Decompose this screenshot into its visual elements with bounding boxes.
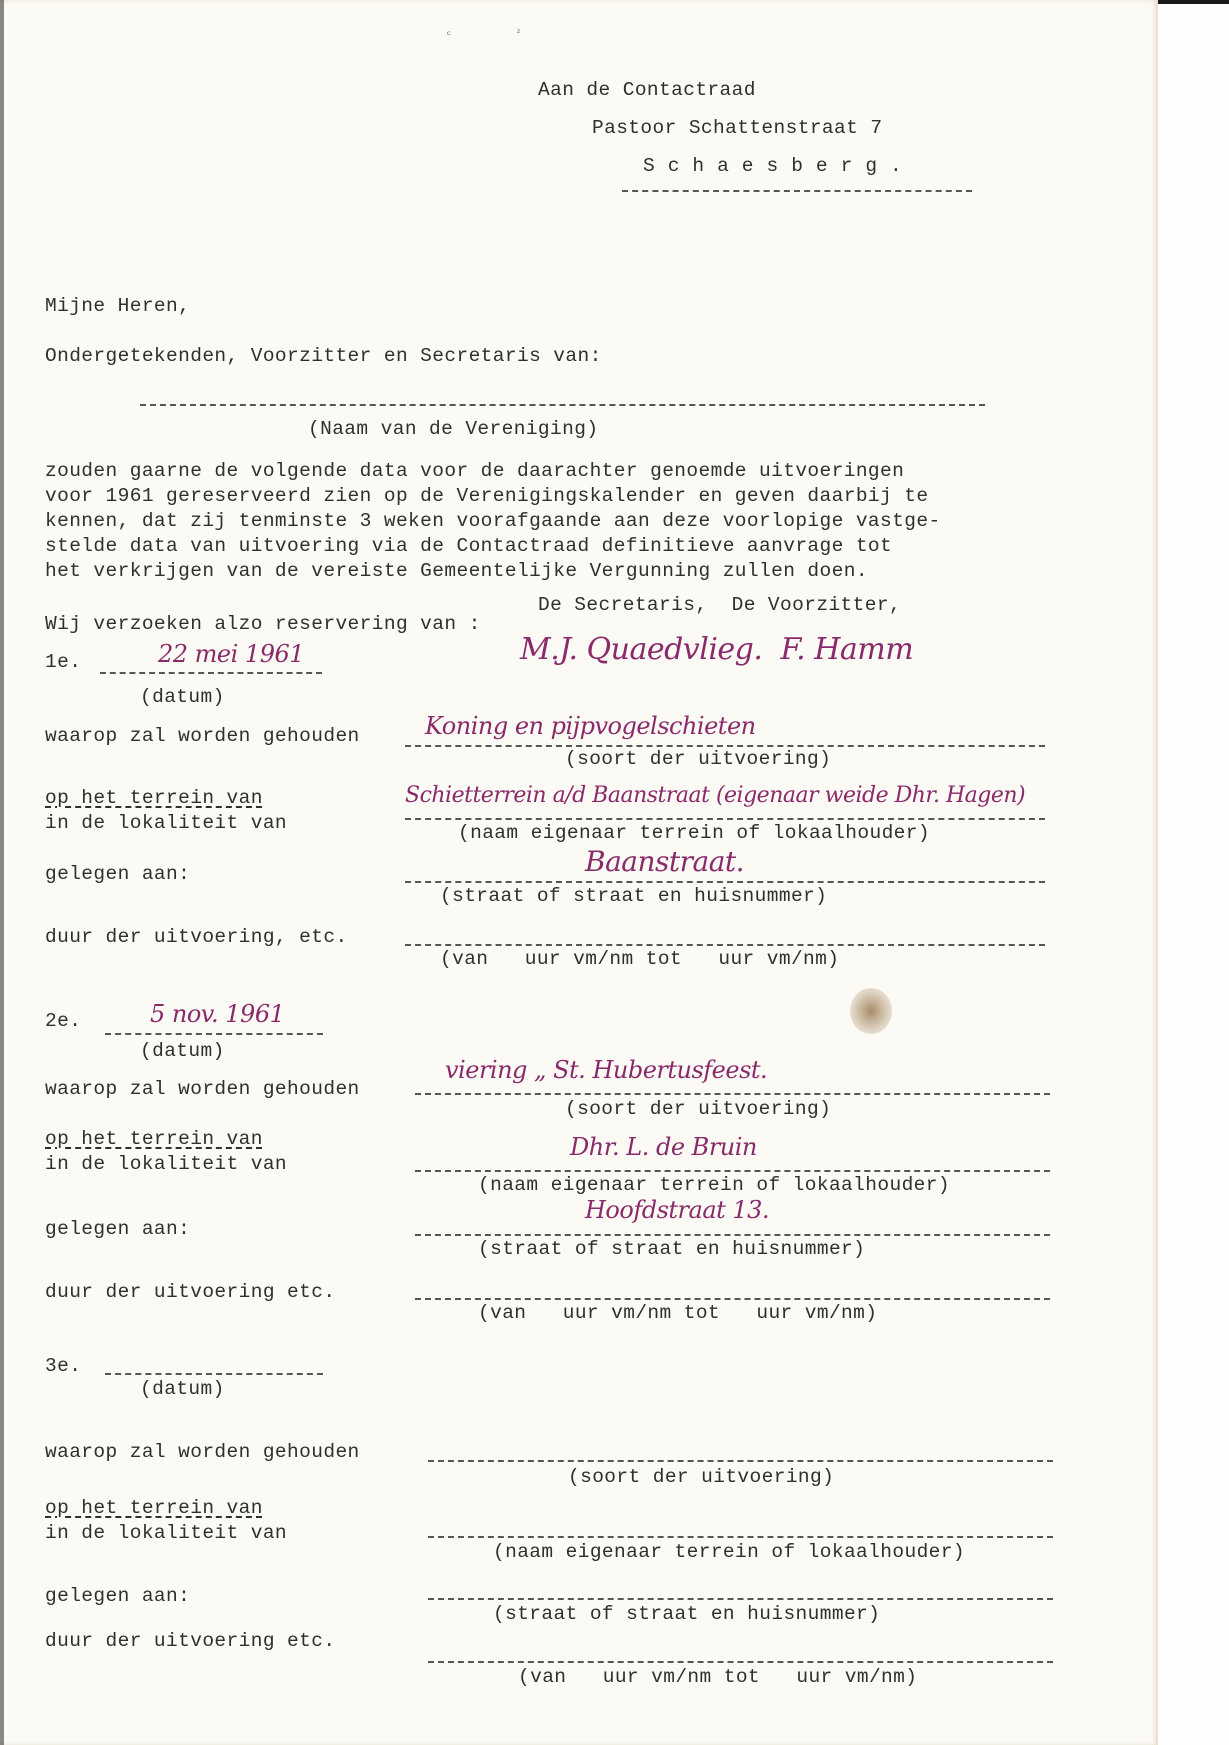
address-underline	[622, 190, 972, 192]
entry-1-date[interactable]: 22 mei 1961	[158, 640, 304, 668]
signatures: M.J. Quaedvlieg. F. Hamm	[520, 632, 913, 667]
entry-2-street-line	[415, 1234, 1050, 1236]
entry-3-ordinal: 3e.	[45, 1355, 81, 1377]
scan-edge	[1158, 0, 1229, 4]
entry-1-owner[interactable]: Schietterrein a/d Baanstraat (eigenaar w…	[405, 783, 1025, 808]
entry-3-date-caption: (datum)	[140, 1378, 225, 1400]
entry-1-located-label: gelegen aan:	[45, 863, 190, 885]
entry-2-time-caption: (van uur vm/nm tot uur vm/nm)	[478, 1302, 877, 1324]
entry-2-owner[interactable]: Dhr. L. de Bruin	[570, 1133, 757, 1161]
entry-1-street-caption: (straat of straat en huisnummer)	[440, 885, 827, 907]
address-line-2: Pastoor Schattenstraat 7	[592, 117, 882, 139]
entry-1-date-caption: (datum)	[140, 686, 225, 708]
entry-3-date-line[interactable]	[105, 1373, 323, 1375]
body-line: stelde data van uitvoering via de Contac…	[45, 535, 892, 557]
entry-2-locality-label: in de lokaliteit van	[45, 1153, 287, 1175]
request-line: Wij verzoeken alzo reservering van :	[45, 613, 481, 635]
entry-1-date-line	[100, 672, 322, 674]
entry-2-located-label: gelegen aan:	[45, 1218, 190, 1240]
entry-2-owner-caption: (naam eigenaar terrein of lokaalhouder)	[478, 1174, 950, 1196]
entry-1-type-caption: (soort der uitvoering)	[565, 748, 831, 770]
entry-3-street-caption: (straat of straat en huisnummer)	[493, 1603, 880, 1625]
entry-3-held-label: waarop zal worden gehouden	[45, 1441, 360, 1463]
association-name-line[interactable]	[140, 404, 985, 406]
entry-2-held-label: waarop zal worden gehouden	[45, 1078, 360, 1100]
signatories-label: De Secretaris, De Voorzitter,	[538, 594, 901, 616]
entry-1-type-line	[405, 745, 1045, 747]
entry-1-duration-label: duur der uitvoering, etc.	[45, 926, 348, 948]
entry-3-type-line[interactable]	[428, 1460, 1053, 1462]
body-line: voor 1961 gereserveerd zien op de Vereni…	[45, 485, 928, 507]
coffee-stain	[850, 988, 892, 1034]
entry-2-ordinal: 2e.	[45, 1010, 81, 1032]
entry-2-owner-line	[415, 1170, 1050, 1172]
entry-1-ordinal: 1e.	[45, 651, 81, 673]
address-line-1: Aan de Contactraad	[538, 79, 756, 101]
entry-1-terrain-label: op het terrein van	[45, 787, 263, 809]
entry-2-street[interactable]: Hoofdstraat 13.	[585, 1196, 769, 1224]
body-line: het verkrijgen van de vereiste Gemeentel…	[45, 560, 868, 582]
entry-1-street-line	[405, 881, 1045, 883]
body-line: zouden gaarne de volgende data voor de d…	[45, 460, 904, 482]
entry-1-owner-line	[405, 818, 1045, 820]
association-caption: (Naam van de Vereniging)	[308, 418, 598, 440]
entry-2-type-line	[415, 1093, 1050, 1095]
entry-2-date-caption: (datum)	[140, 1040, 225, 1062]
entry-2-duration-label: duur der uitvoering etc.	[45, 1281, 335, 1303]
entry-3-located-label: gelegen aan:	[45, 1585, 190, 1607]
address-line-3: Schaesberg.	[643, 155, 915, 177]
entry-1-street[interactable]: Baanstraat.	[585, 845, 744, 878]
entry-1-type[interactable]: Koning en pijpvogelschieten	[425, 712, 756, 740]
entry-1-time-caption: (van uur vm/nm tot uur vm/nm)	[440, 948, 839, 970]
entry-3-terrain-label: op het terrein van	[45, 1497, 263, 1519]
entry-3-owner-caption: (naam eigenaar terrein of lokaalhouder)	[493, 1541, 965, 1563]
intro-text: Ondergetekenden, Voorzitter en Secretari…	[45, 345, 602, 367]
scan-edge-left	[0, 0, 4, 1745]
entry-1-locality-label: in de lokaliteit van	[45, 812, 287, 834]
entry-3-street-line[interactable]	[428, 1598, 1053, 1600]
entry-3-time-caption: (van uur vm/nm tot uur vm/nm)	[518, 1666, 917, 1688]
entry-3-type-caption: (soort der uitvoering)	[568, 1466, 834, 1488]
entry-3-duration-line[interactable]	[428, 1661, 1053, 1663]
entry-3-duration-label: duur der uitvoering etc.	[45, 1630, 335, 1652]
entry-2-type[interactable]: viering „ St. Hubertusfeest.	[445, 1056, 767, 1084]
punch-mark: ᶜ	[445, 28, 452, 42]
entry-1-held-label: waarop zal worden gehouden	[45, 725, 360, 747]
entry-3-locality-label: in de lokaliteit van	[45, 1522, 287, 1544]
entry-2-street-caption: (straat of straat en huisnummer)	[478, 1238, 865, 1260]
entry-2-duration-line[interactable]	[415, 1298, 1050, 1300]
entry-2-terrain-label: op het terrein van	[45, 1128, 263, 1150]
entry-1-owner-caption: (naam eigenaar terrein of lokaalhouder)	[458, 822, 930, 844]
salutation: Mijne Heren,	[45, 295, 190, 317]
entry-2-type-caption: (soort der uitvoering)	[565, 1098, 831, 1120]
entry-2-date-line	[105, 1033, 323, 1035]
entry-2-date[interactable]: 5 nov. 1961	[150, 1000, 284, 1028]
entry-3-owner-line[interactable]	[428, 1536, 1053, 1538]
entry-1-duration-line[interactable]	[405, 944, 1045, 946]
body-line: kennen, dat zij tenminste 3 weken vooraf…	[45, 510, 941, 532]
punch-mark: ᶻ	[515, 26, 522, 40]
